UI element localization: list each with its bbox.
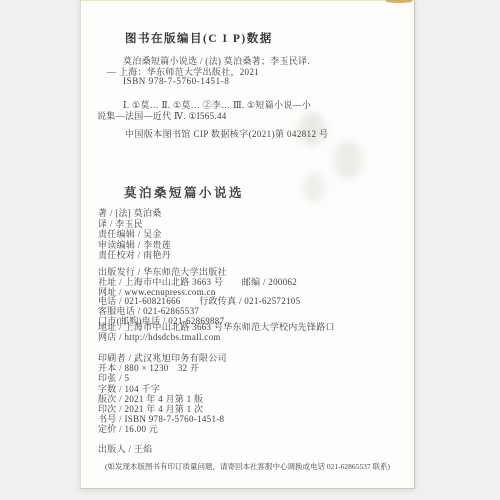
cip-data-header: 图书在版编目(C I P)数据 [125,30,273,46]
sheets-line: 印张 / 5 [98,373,227,383]
distribution-block: 地址 / 上海市中山北路 3663 号华东师范大学校内先锋路口 网店 / htt… [98,322,335,342]
cip-registration-number: 中国版本图书馆 CIP 数据核字(2021)第 042812 号 [125,127,328,140]
printing-block: 印刷者 / 武汉兆旭印务有限公司 开本 / 880 × 1230 32 开 印张… [98,353,227,435]
impression-line: 印次 / 2021 年 4 月第 1 次 [98,404,227,414]
online-shop-line: 网店 / http://hdsdcbs.tmall.com [98,332,335,342]
colophon-page: 图书在版编目(C I P)数据 莫泊桑短篇小说选 / (法) 莫泊桑著；李玉民译… [80,0,415,489]
cover-edge-sliver [386,0,412,3]
translator-line: 译 / 李玉民 [98,219,171,230]
isbn-line: 书号 / ISBN 978-7-5760-1451-8 [98,414,227,424]
publisher-person-line: 出版人 / 王焰 [98,442,152,455]
printer-line: 印刷者 / 武汉兆旭印务有限公司 [98,353,227,363]
edition-line: 版次 / 2021 年 4 月第 1 版 [98,394,227,404]
page-bleed-through-smudge [333,140,363,180]
price-line: 定价 / 16.00 元 [98,424,227,434]
cip-record-isbn: ISBN 978-7-5760-1451-8 [123,76,229,86]
cip-classification-line: 说集—法国—近代 Ⅳ. ①I565.44 [97,109,227,122]
credits-block: 著 / [法] 莫泊桑 译 / 李玉民 责任编辑 / 吴金 审读编辑 / 李贵莲… [98,208,171,261]
publisher-block: 出版发行 / 华东师范大学出版社 社址 / 上海市中山北路 3663 号 邮编 … [98,268,300,327]
quality-notice-footnote: (如发现本版图书有印订质量问题，请寄回本社客服中心调换或电话 021-62865… [105,461,390,472]
editor-line: 责任编辑 / 吴金 [98,229,171,240]
page-bleed-through-smudge [303,172,325,202]
proofreader-line: 责任校对 / 雨艳丹 [98,250,171,261]
store-address-line: 地址 / 上海市中山北路 3663 号华东师范大学校内先锋路口 [98,322,335,332]
review-editor-line: 审读编辑 / 李贵莲 [98,240,171,251]
author-line: 著 / [法] 莫泊桑 [98,208,171,219]
word-count-line: 字数 / 104 千字 [98,384,227,394]
book-title: 莫泊桑短篇小说选 [124,183,244,201]
page-top-edge [81,0,414,1]
format-line: 开本 / 880 × 1230 32 开 [98,363,227,373]
